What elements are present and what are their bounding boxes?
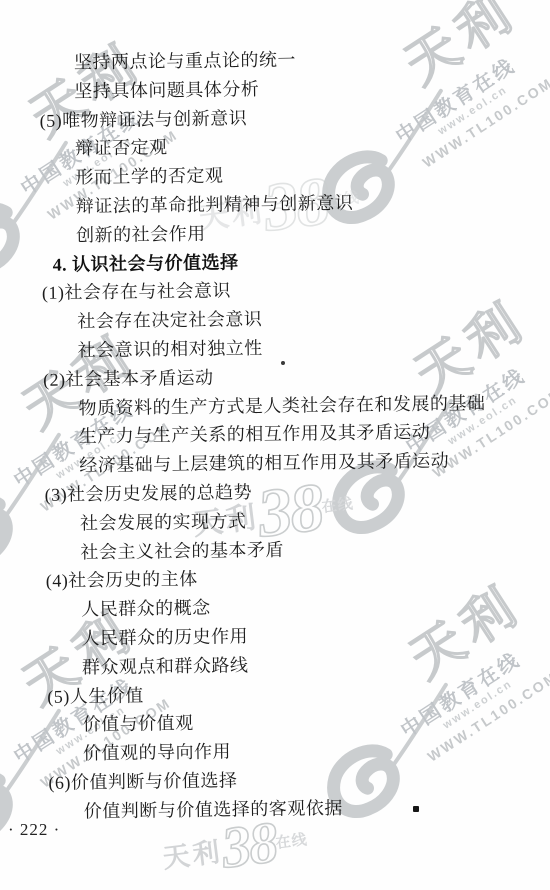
tianli-logo-text: 天利 — [160, 829, 224, 875]
ink-speck — [281, 361, 285, 365]
ink-speck — [413, 806, 419, 812]
page-number: · 222 · — [8, 820, 60, 840]
badge-tail-text: 在线 — [274, 828, 308, 853]
scanned-document-page: 天利 中国教育在线 www.eol.cn WWW.TL100.COM 天利 中国… — [0, 0, 550, 890]
outline-line: 价值判断与价值选择的客观依据 — [5, 791, 550, 827]
outline-text-block: 坚持两点论与重点论的统一 坚持具体问题具体分析 (5)唯物辩证法与创新意识 辩证… — [0, 42, 550, 827]
